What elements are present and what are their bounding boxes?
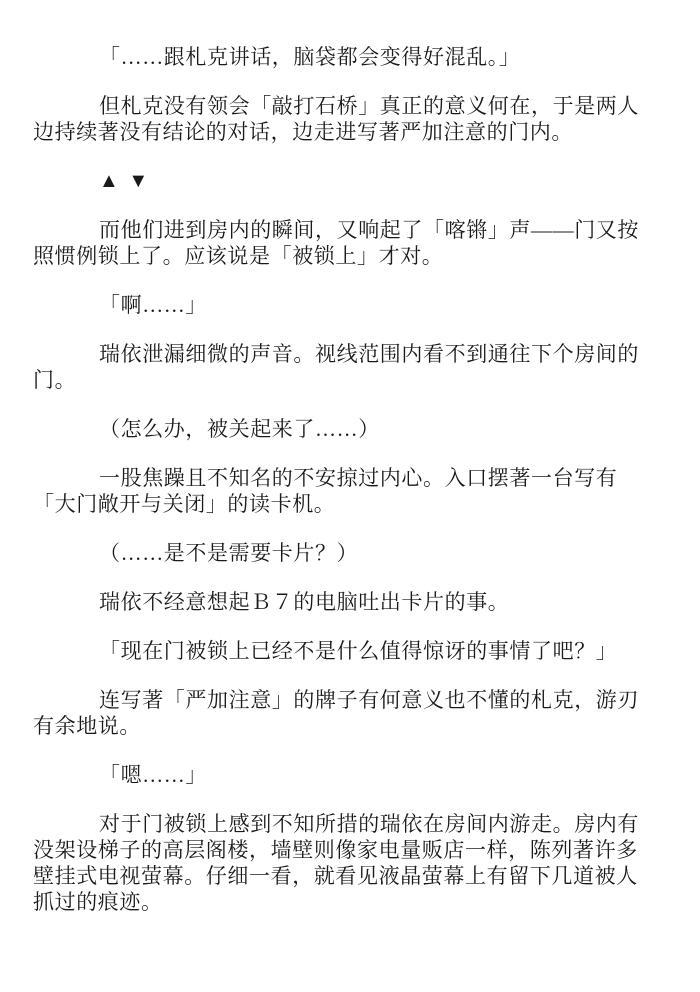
paragraph-thought: （怎么办，被关起来了……）	[33, 416, 654, 442]
paragraph-narration: 连写著「严加注意」的牌子有何意义也不懂的札克，游刃有余地说。	[33, 687, 654, 739]
novel-page: 「……跟札克讲话，脑袋都会变得好混乱。」但札克没有领会「敲打石桥」真正的意义何在…	[0, 0, 700, 992]
paragraph-narration: 瑞依不经意想起Ｂ７的电脑吐出卡片的事。	[33, 589, 654, 615]
triangle-up-icon: ▲	[99, 168, 119, 194]
paragraph-narration: 瑞依泄漏细微的声音。视线范围内看不到通往下个房间的门。	[33, 341, 654, 393]
paragraph-dialogue: 「嗯……」	[33, 762, 654, 788]
paragraph-narration: 一股焦躁且不知名的不安掠过内心。入口摆著一台写有「大门敞开与关闭」的读卡机。	[33, 465, 654, 517]
paragraph-narration: 而他们进到房内的瞬间，又响起了「喀锵」声——门又按照惯例锁上了。应该说是「被锁上…	[33, 217, 654, 269]
paragraph-dialogue: 「……跟札克讲话，脑袋都会变得好混乱。」	[33, 44, 654, 70]
scene-break-divider: ▲▼	[33, 168, 654, 194]
paragraph-narration: 但札克没有领会「敲打石桥」真正的意义何在，于是两人边持续著没有结论的对话，边走进…	[33, 93, 654, 145]
paragraph-dialogue: 「现在门被锁上已经不是什么值得惊讶的事情了吧？」	[33, 638, 654, 664]
triangle-down-icon: ▼	[128, 168, 148, 194]
paragraph-narration: 对于门被锁上感到不知所措的瑞依在房间内游走。房内有没架设梯子的高层阁楼，墙壁则像…	[33, 811, 654, 915]
paragraph-dialogue: 「啊……」	[33, 292, 654, 318]
paragraph-thought: （……是不是需要卡片？）	[33, 540, 654, 566]
